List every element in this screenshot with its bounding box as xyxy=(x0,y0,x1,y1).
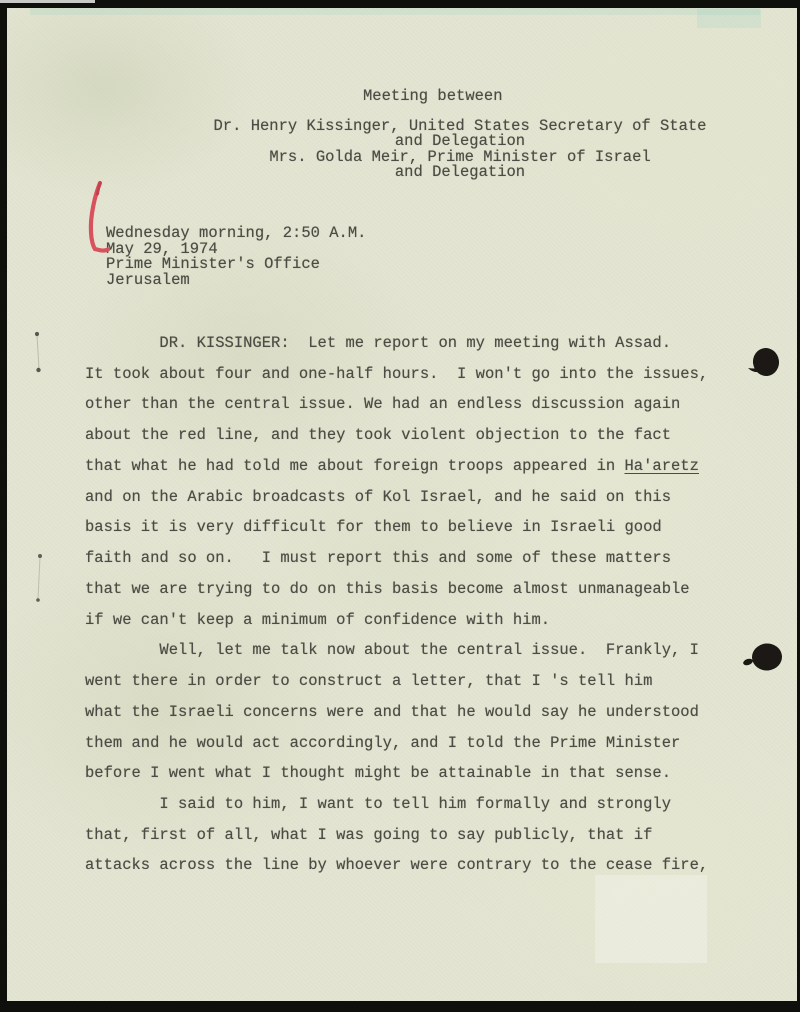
body-line: I said to him, I want to tell him formal… xyxy=(85,789,765,820)
scanned-document-page: { "document": { "header": { "title": "Me… xyxy=(0,0,800,1012)
body-line: them and he would act accordingly, and I… xyxy=(85,728,765,759)
body-line: and on the Arabic broadcasts of Kol Isra… xyxy=(85,482,765,513)
body-line: that, first of all, what I was going to … xyxy=(85,820,765,851)
scan-edge-artifact xyxy=(0,0,95,3)
participants-block: Dr. Henry Kissinger, United States Secre… xyxy=(120,119,800,181)
body-line: attacks across the line by whoever were … xyxy=(85,850,765,881)
body-line: before I went what I thought might be at… xyxy=(85,758,765,789)
meta-block: Wednesday morning, 2:50 A.M.May 29, 1974… xyxy=(106,226,366,289)
body-line: what the Israeli concerns were and that … xyxy=(85,697,765,728)
document-title: Meeting between xyxy=(363,88,503,104)
body-line: went there in order to construct a lette… xyxy=(85,666,765,697)
body-line: basis it is very difficult for them to b… xyxy=(85,512,765,543)
participant-line: and Delegation xyxy=(120,165,800,180)
body-lines: DR. KISSINGER: Let me report on my meeti… xyxy=(85,328,765,881)
body-line: about the red line, and they took violen… xyxy=(85,420,765,451)
body-line: if we can't keep a minimum of confidence… xyxy=(85,605,765,636)
body-line: that what he had told me about foreign t… xyxy=(85,451,765,482)
body-line: faith and so on. I must report this and … xyxy=(85,543,765,574)
meta-line: Jerusalem xyxy=(106,273,366,289)
underlined-text: Ha'aretz xyxy=(625,457,699,475)
body-line: DR. KISSINGER: Let me report on my meeti… xyxy=(85,328,765,359)
body-line: that we are trying to do on this basis b… xyxy=(85,574,765,605)
body-line: It took about four and one-half hours. I… xyxy=(85,359,765,390)
body-line: other than the central issue. We had an … xyxy=(85,389,765,420)
body-line: Well, let me talk now about the central … xyxy=(85,635,765,666)
